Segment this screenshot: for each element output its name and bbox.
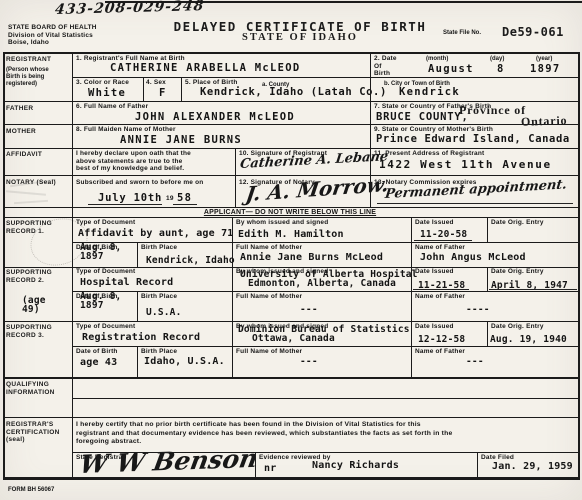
section-label-record3: SUPPORTING RECORD 3. xyxy=(6,324,52,339)
rec3-date-issued-header: Date Issued xyxy=(415,323,454,331)
rec3-birthplace-value: Idaho, U.S.A. xyxy=(144,357,225,367)
rec2-father-header: Name of Father xyxy=(415,293,465,301)
grid-line-horizontal xyxy=(3,267,580,268)
grid-line-vertical xyxy=(72,52,73,477)
section-label-registrant: REGISTRANT xyxy=(6,56,51,64)
rec1-birthplace-value: Kendrick, Idaho xyxy=(146,256,235,266)
state-file-no-label: State File No. xyxy=(443,30,481,37)
rec3-type-header: Type of Document xyxy=(76,323,135,331)
section-label-qualifying: QUALIFYING INFORMATION xyxy=(6,381,55,396)
mother-birth-value: Prince Edward Island, Canada xyxy=(376,134,570,145)
field3-label: 3. Color or Race xyxy=(76,79,129,87)
rec1-type-header: Type of Document xyxy=(76,219,135,227)
year-prefix-label: 19 xyxy=(166,195,174,203)
rec1-date-issued-header: Date Issued xyxy=(415,219,454,227)
grid-line-horizontal xyxy=(72,291,580,292)
rec2-mother-header: Full Name of Mother xyxy=(236,293,302,301)
rec1-father-header: Name of Father xyxy=(415,244,465,252)
grid-line-horizontal xyxy=(72,77,580,78)
section-sublabel-registrant: (Person whose Birth is being registered) xyxy=(6,67,49,88)
record2-age-note: (age 49) xyxy=(22,296,46,314)
grid-line-horizontal xyxy=(3,417,580,418)
rec3-dob-header: Date of Birth xyxy=(76,348,118,356)
evidence-reviewer-value: Nancy Richards xyxy=(312,461,399,471)
year-blank-line xyxy=(173,204,197,205)
field8-label: 8. Full Maiden Name of Mother xyxy=(76,126,176,134)
rec2-date-orig-header: Date Orig. Entry xyxy=(491,268,544,276)
rec1-type-value: Affidavit by aunt, age 71 xyxy=(78,229,234,239)
grid-line-vertical xyxy=(137,291,138,321)
grid-line-horizontal xyxy=(3,377,580,379)
grid-line-vertical xyxy=(143,77,144,101)
race-value: White xyxy=(88,88,126,99)
birth-month-value: August xyxy=(428,64,474,75)
rec2-father-value: ---- xyxy=(466,305,490,315)
rec2-date-issued-line xyxy=(413,289,469,290)
evidence-initials: nr xyxy=(264,464,276,474)
state-registrar-signature: W W Benson xyxy=(77,444,260,479)
grid-line-horizontal xyxy=(3,207,580,208)
rec2-dob-value: Aug. 8, 1897 xyxy=(80,293,121,310)
rec1-mother-header: Full Name of Mother xyxy=(236,244,302,252)
certification-text: I hereby certify that no prior birth cer… xyxy=(76,421,576,447)
rec3-mother-value: --- xyxy=(300,357,318,367)
grid-line-vertical xyxy=(255,452,256,477)
notary-signature: J. A. Morrow. xyxy=(244,172,390,206)
date-filed-value: Jan. 29, 1959 xyxy=(492,462,573,472)
rec1-birthplace-header: Birth Place xyxy=(141,244,177,252)
field2-label: 2. Date Of Birth xyxy=(374,55,397,78)
city-of-birth-value: Kendrick xyxy=(399,87,460,98)
agency-address-block: STATE BOARD OF HEALTH Division of Vital … xyxy=(8,24,97,47)
grid-line-horizontal xyxy=(3,148,580,149)
commission-blank-line xyxy=(377,203,573,204)
father-birth-province-name: Ontario xyxy=(521,114,568,128)
rec2-type-header: Type of Document xyxy=(76,268,135,276)
notary-year-value: 58 xyxy=(177,193,192,204)
handwritten-file-number: 433-208-029-248 xyxy=(54,0,205,18)
rec3-issuer-line2: Ottawa, Canada xyxy=(252,334,335,344)
rec3-father-header: Name of Father xyxy=(415,348,465,356)
grid-line-vertical xyxy=(487,267,488,291)
section-label-mother: MOTHER xyxy=(6,128,36,136)
field6-label: 6. Full Name of Father xyxy=(76,103,148,111)
rec3-date-orig-header: Date Orig. Entry xyxy=(491,323,544,331)
grid-line-horizontal xyxy=(3,52,580,54)
rec1-date-issued-value: 11-20-58 xyxy=(420,230,467,240)
field4-label: 4. Sex xyxy=(146,79,166,87)
grid-line-vertical xyxy=(137,242,138,267)
grid-line-horizontal xyxy=(72,398,580,399)
rec1-issuer-header: By whom issued and signed xyxy=(236,219,328,227)
scan-smudge xyxy=(6,190,46,195)
day-label: (day) xyxy=(490,56,504,63)
document-subtitle: STATE OF IDAHO xyxy=(140,32,460,43)
scan-smudge xyxy=(14,200,48,204)
rec1-date-orig-header: Date Orig. Entry xyxy=(491,219,544,227)
field11-label: 11. Present Address of Registrant xyxy=(374,150,484,158)
grid-line-horizontal xyxy=(72,452,580,453)
grid-line-vertical xyxy=(232,217,233,377)
rec3-type-value: Registration Record xyxy=(82,333,200,343)
grid-line-horizontal xyxy=(3,321,580,322)
rec2-date-issued-header: Date Issued xyxy=(415,268,454,276)
grid-line-horizontal xyxy=(3,101,580,102)
registrant-address-value: 1422 West 11th Avenue xyxy=(379,159,552,170)
birth-certificate-document: 433-208-029-248 STATE BOARD OF HEALTH Di… xyxy=(0,0,582,500)
month-label: (month) xyxy=(426,56,448,63)
grid-line-vertical xyxy=(477,452,478,477)
section-label-affidavit: AFFIDAVIT xyxy=(6,151,42,159)
rec2-birthplace-value: U.S.A. xyxy=(146,308,182,318)
section-label-notary: NOTARY (Seal) xyxy=(6,179,56,187)
rec1-date-issued-line xyxy=(414,240,472,241)
form-number: FORM BH 56067 xyxy=(8,487,54,494)
year-label: (year) xyxy=(536,56,552,63)
grid-line-vertical xyxy=(137,346,138,377)
rec1-dob-value: Aug. 8, 1897 xyxy=(80,244,121,261)
rec3-date-orig-value: Aug. 19, 1940 xyxy=(490,335,567,345)
rec2-mother-value: --- xyxy=(300,305,318,315)
father-name-value: JOHN ALEXANDER McLEOD xyxy=(135,112,295,123)
affidavit-declaration: I hereby declare upon oath that the abov… xyxy=(76,150,191,173)
section-label-father: FATHER xyxy=(6,105,33,113)
sex-value: F xyxy=(159,88,167,99)
date-blank-line xyxy=(88,204,162,205)
rec3-birthplace-header: Birth Place xyxy=(141,348,177,356)
state-file-no-value: De59-061 xyxy=(502,25,564,39)
birth-year-value: 1897 xyxy=(530,64,561,75)
grid-line-vertical xyxy=(181,77,182,101)
place-of-birth-value: Kendrick, Idaho (Latah Co.) xyxy=(200,87,387,98)
grid-line-horizontal xyxy=(3,217,580,218)
rec3-dob-value: age 43 xyxy=(80,358,117,368)
rec2-birthplace-header: Birth Place xyxy=(141,293,177,301)
grid-line-vertical xyxy=(3,52,5,480)
father-birth-value: BRUCE COUNTY, xyxy=(376,112,469,123)
grid-line-vertical xyxy=(487,217,488,242)
grid-line-vertical xyxy=(235,148,236,207)
grid-line-vertical xyxy=(487,321,488,346)
rec1-issuer-value: Edith M. Hamilton xyxy=(238,230,344,240)
rec2-date-orig-line xyxy=(489,289,577,290)
do-not-write-note: APPLICANT— DO NOT WRITE BELOW THIS LINE xyxy=(105,209,475,217)
rec3-father-value: --- xyxy=(466,357,484,367)
rec1-father-value: John Angus McLeod xyxy=(420,253,526,263)
rec1-mother-value: Annie Jane Burns McLeod xyxy=(240,253,383,263)
registrant-name-value: CATHERINE ARABELLA McLEOD xyxy=(110,63,301,74)
grid-line-horizontal xyxy=(72,346,580,347)
grid-line-horizontal xyxy=(3,175,580,176)
grid-line-vertical xyxy=(578,52,580,480)
rec3-mother-header: Full Name of Mother xyxy=(236,348,302,356)
rec3-date-issued-value: 12-12-58 xyxy=(418,335,465,345)
notary-sworn-text: Subscribed and sworn to before me on xyxy=(76,179,203,187)
grid-line-vertical xyxy=(411,217,412,377)
rec2-issuer-line2: Edmonton, Alberta, Canada xyxy=(248,279,396,289)
father-birth-province: Province of xyxy=(459,104,526,116)
section-label-record2: SUPPORTING RECORD 2. xyxy=(6,269,52,284)
grid-line-horizontal xyxy=(72,242,580,243)
section-label-certification: REGISTRAR'S CERTIFICATION (seal) xyxy=(6,421,60,444)
mother-name-value: ANNIE JANE BURNS xyxy=(120,135,242,146)
grid-line-horizontal xyxy=(3,477,580,480)
grid-line-vertical xyxy=(370,52,371,207)
birth-day-value: 8 xyxy=(497,64,505,75)
grid-line-horizontal xyxy=(3,124,580,125)
notary-sworn-date: July 10th xyxy=(98,193,162,204)
section-label-record1: SUPPORTING RECORD 1. xyxy=(6,220,52,235)
rec2-type-value: Hospital Record xyxy=(80,278,173,288)
